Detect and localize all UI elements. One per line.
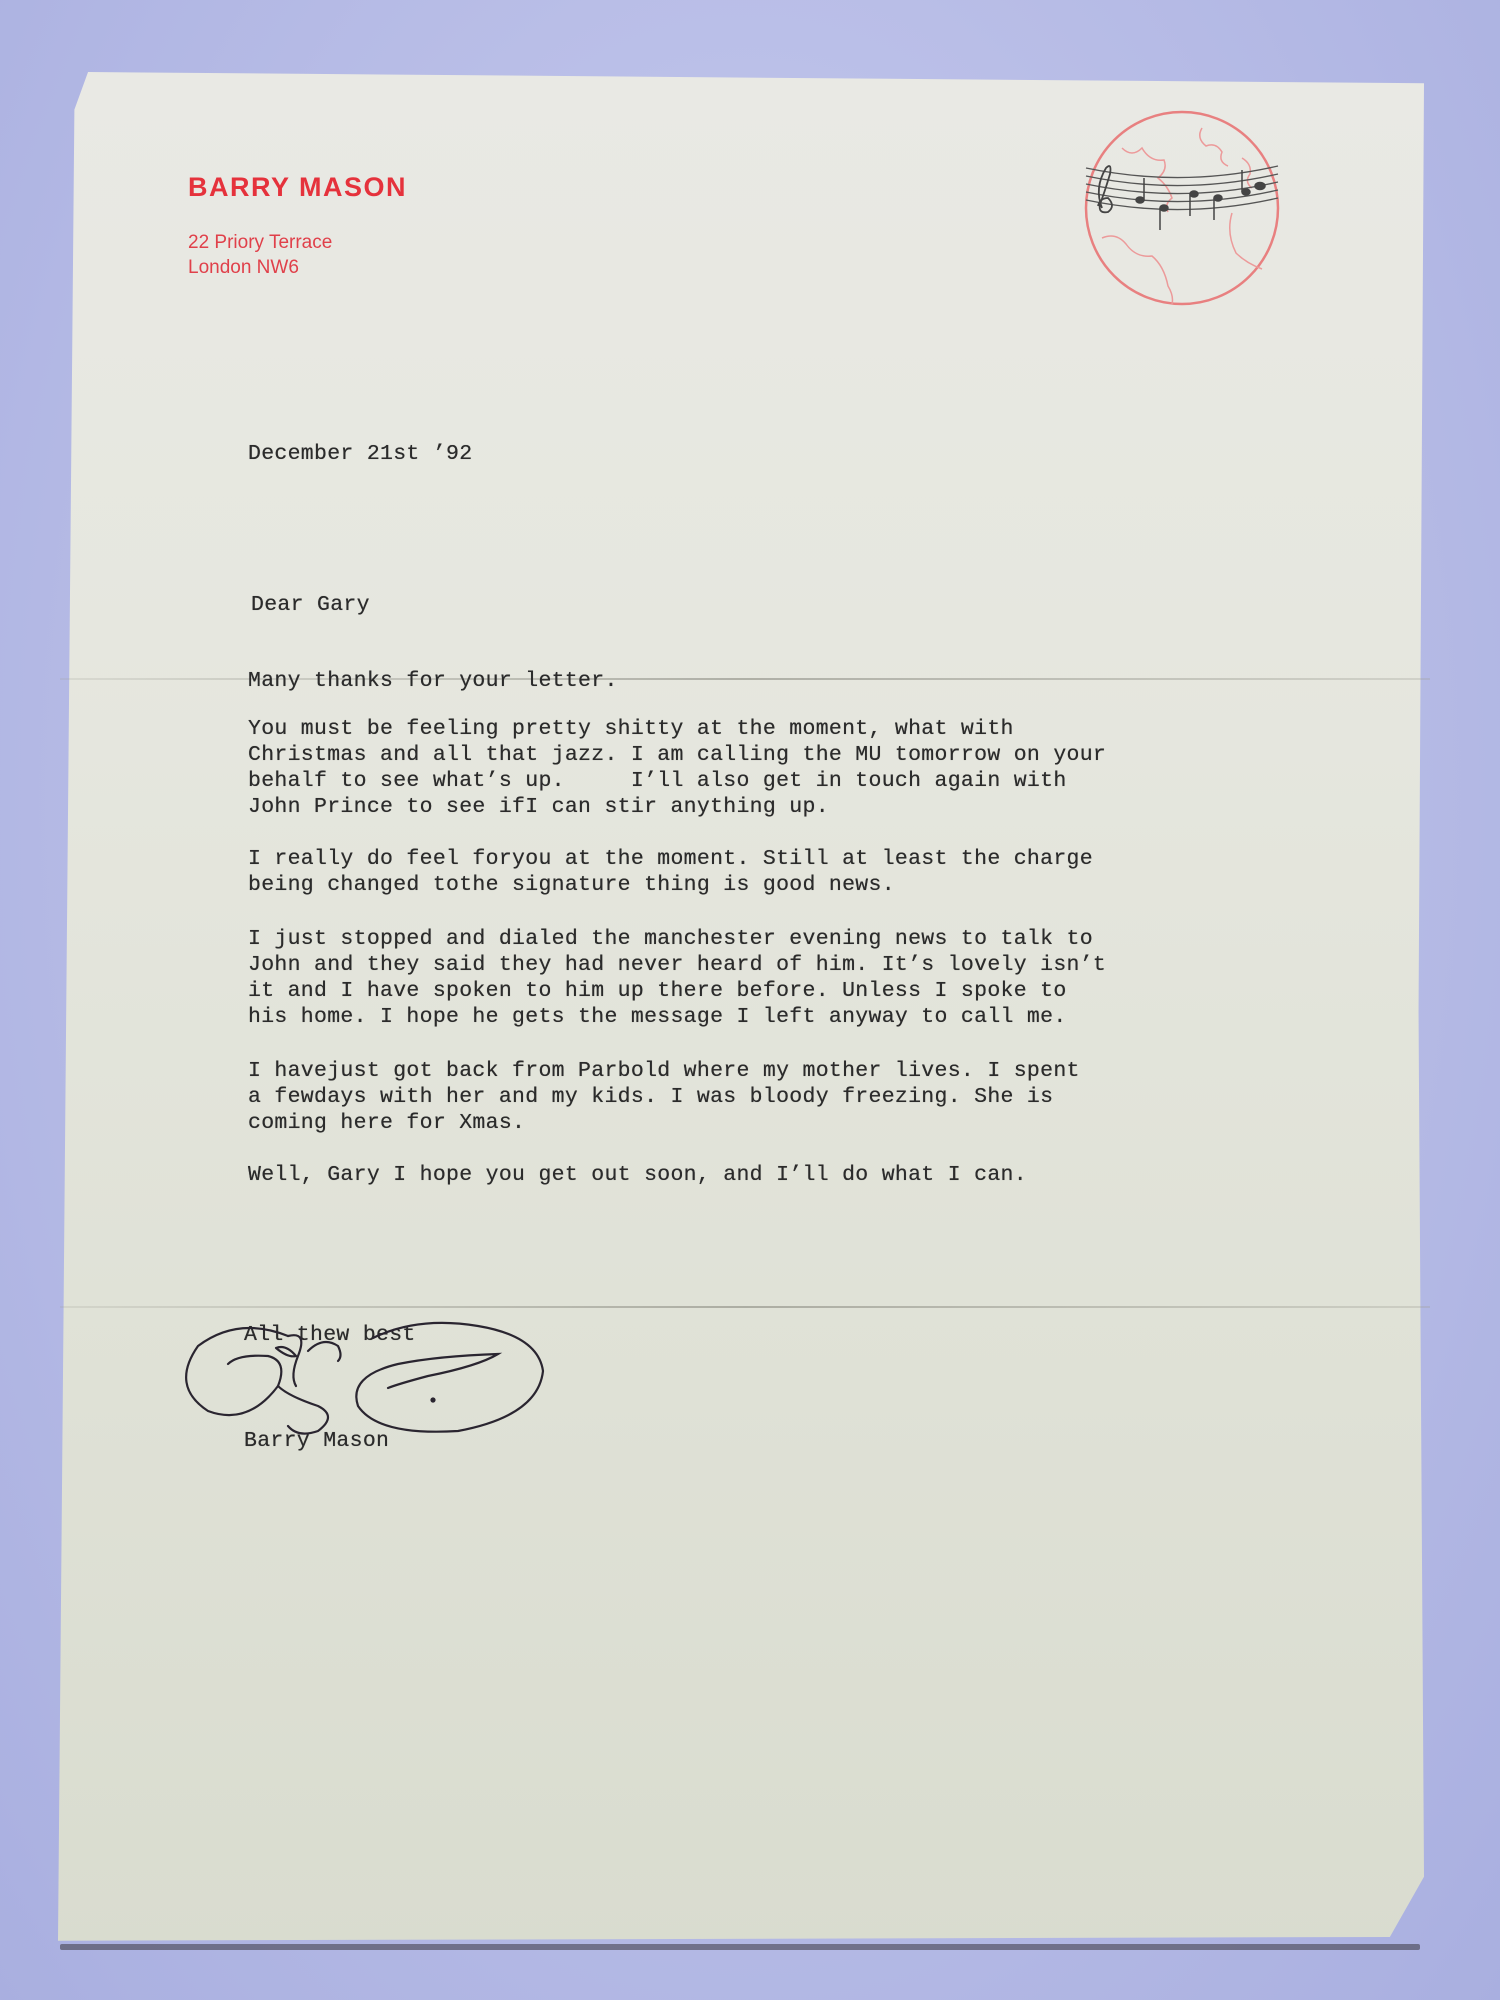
handwritten-signature-icon — [178, 1316, 558, 1446]
salutation: Dear Gary — [251, 592, 1251, 618]
paragraph-1: Many thanks for your letter. — [248, 668, 1248, 694]
globe-music-staff-icon — [1082, 108, 1282, 308]
address-line-1: 22 Priory Terrace — [188, 230, 332, 255]
paragraph-2: You must be feeling pretty shitty at the… — [248, 716, 1248, 820]
fold-line-bottom — [60, 1306, 1430, 1308]
paragraph-5: I havejust got back from Parbold where m… — [248, 1058, 1248, 1136]
paper-bottom-edge — [60, 1944, 1420, 1950]
paragraph-3: I really do feel foryou at the moment. S… — [248, 846, 1248, 898]
paragraph-6: Well, Gary I hope you get out soon, and … — [248, 1162, 1248, 1188]
letterhead-name: BARRY MASON — [188, 172, 407, 203]
paragraph-4: I just stopped and dialed the manchester… — [248, 926, 1248, 1030]
address-line-2: London NW6 — [188, 255, 332, 280]
letter-date: December 21st ’92 — [248, 441, 1248, 467]
letterhead-address: 22 Priory Terrace London NW6 — [188, 230, 332, 280]
